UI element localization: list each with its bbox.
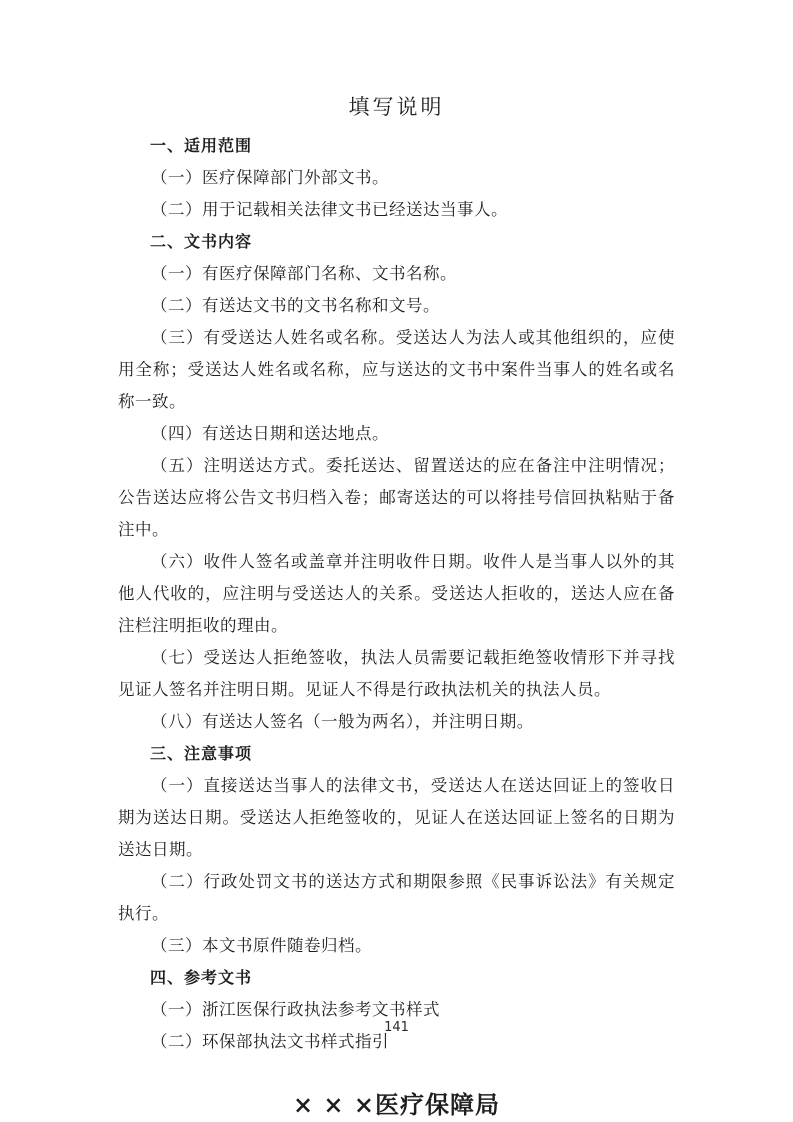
paragraph: （四）有送达日期和送达地点。 [118,418,675,450]
section-heading-references: 四、参考文书 [118,962,675,994]
paragraph: （二）行政处罚文书的送达方式和期限参照《民事诉讼法》有关规定执行。 [118,866,675,930]
agency-signature: × × ×医疗保障局 [118,1088,675,1122]
paragraph: （一）医疗保障部门外部文书。 [118,162,675,194]
paragraph: （一）直接送达当事人的法律文书，受送达人在送达回证上的签收日期为送达日期。受送达… [118,770,675,866]
section-heading-notes: 三、注意事项 [118,738,675,770]
paragraph: （三）本文书原件随卷归档。 [118,930,675,962]
paragraph: （五）注明送达方式。委托送达、留置送达的应在备注中注明情况；公告送达应将公告文书… [118,450,675,546]
paragraph: （六）收件人签名或盖章并注明收件日期。收件人是当事人以外的其他人代收的，应注明与… [118,546,675,642]
section-heading-content: 二、文书内容 [118,226,675,258]
paragraph: （一）有医疗保障部门名称、文书名称。 [118,258,675,290]
section-heading-scope: 一、适用范围 [118,130,675,162]
paragraph: （七）受送达人拒绝签收，执法人员需要记载拒绝签收情形下并寻找见证人签名并注明日期… [118,642,675,706]
paragraph: （三）有受送达人姓名或名称。受送达人为法人或其他组织的，应使用全称；受送达人姓名… [118,322,675,418]
page-number: 141 [0,1020,793,1035]
document-page: 填写说明 一、适用范围 （一）医疗保障部门外部文书。 （二）用于记载相关法律文书… [0,0,793,1122]
paragraph: （二）用于记载相关法律文书已经送达当事人。 [118,194,675,226]
document-content: 填写说明 一、适用范围 （一）医疗保障部门外部文书。 （二）用于记载相关法律文书… [0,0,793,1122]
page-title: 填写说明 [118,90,675,124]
paragraph: （八）有送达人签名（一般为两名），并注明日期。 [118,706,675,738]
paragraph: （二）有送达文书的文书名称和文号。 [118,290,675,322]
